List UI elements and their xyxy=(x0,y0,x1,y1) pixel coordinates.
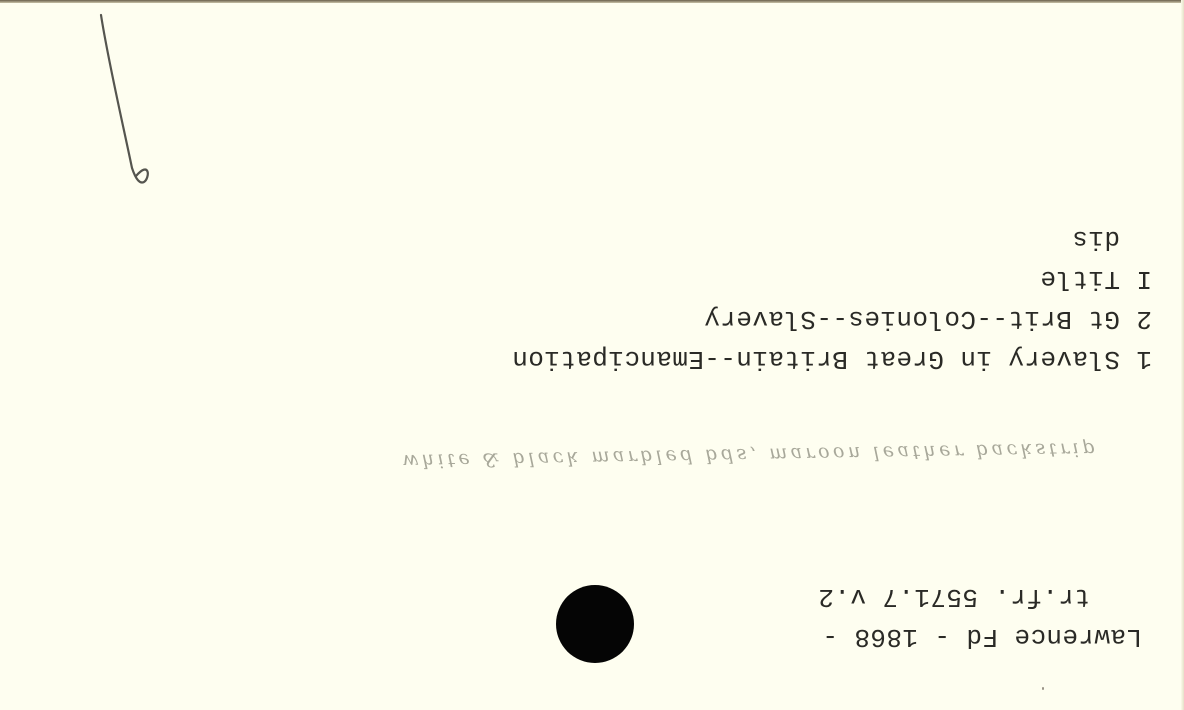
paper-speck xyxy=(1042,687,1044,690)
catalog-card: Lawrence Fd - 1868 - tr.fr. 5571.7 v.2 w… xyxy=(0,0,1184,710)
tracing-1: 1 Slavery in Great Britain--Emancipation xyxy=(512,346,1152,372)
call-number: tr.fr. 5571.7 v.2 xyxy=(818,584,1090,610)
tracing-title: I Title xyxy=(1040,266,1152,292)
handwritten-note: white & black marbled bds, maroon leathe… xyxy=(402,438,1098,472)
punch-hole xyxy=(556,585,634,663)
author-line: Lawrence Fd - 1868 - xyxy=(822,624,1142,650)
card-top-edge-shadow xyxy=(0,0,1184,3)
pencil-check-mark-icon xyxy=(84,10,174,190)
tracing-dis: dis xyxy=(1072,226,1152,252)
tracing-2: 2 Gt Brit--Colonies--Slavery xyxy=(704,306,1152,332)
